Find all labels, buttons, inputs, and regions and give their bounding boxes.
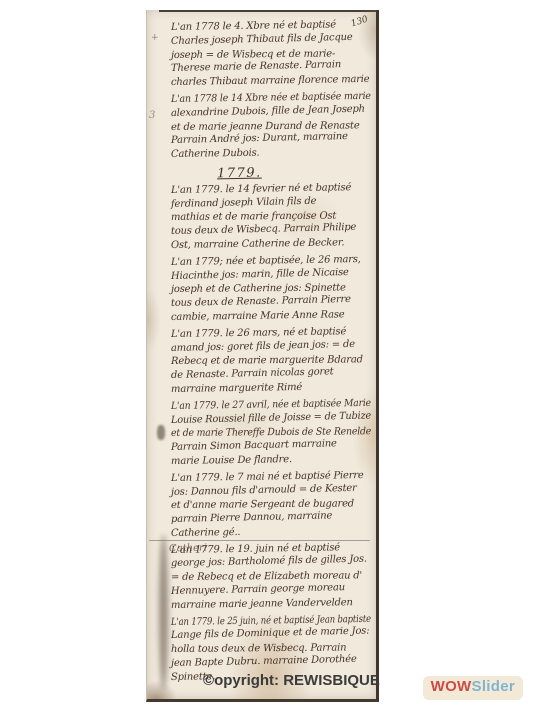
year-heading: 1779.: [217, 165, 371, 181]
manuscript-line: Ost, marraine Catherine de Becker.: [171, 236, 371, 253]
manuscript-line: marraine marguerite Rimé: [171, 380, 371, 397]
register-entry: L'an 1779; née et baptisée, le 26 mars,H…: [171, 256, 371, 325]
margin-mark-three: 3: [149, 110, 155, 121]
register-entry: L'an 1779. le 14 fevrier né et baptiséfe…: [171, 184, 371, 253]
manuscript-scan: 130 + 3 L'an 1778 le 4. Xbre né et bapti…: [146, 10, 379, 702]
watermark-wow-text: WOW: [431, 678, 472, 695]
copyright-text: opyright: REWISBIQUE: [214, 672, 380, 689]
register-entry: L'an 1779. le 19. juin né et baptiségeor…: [171, 544, 371, 613]
seam-ghost-text: Catheri: [169, 543, 207, 555]
register-entry: L'an 1778 le 4. Xbre né et baptiséCharle…: [171, 21, 371, 90]
scan-top-edge: [159, 10, 376, 12]
binding-shadow: [159, 535, 168, 690]
margin-mark-plus: +: [151, 33, 159, 43]
manuscript-text: L'an 1778 le 4. Xbre né et baptiséCharle…: [171, 21, 371, 688]
page: 130 + 3 L'an 1778 le 4. Xbre né et bapti…: [0, 0, 533, 711]
wowslider-watermark-badge[interactable]: WOWSlider: [423, 676, 523, 700]
manuscript-line: Lange fils de Dominique et de marie Jos:: [171, 625, 371, 643]
copyright-overlay: ©opyright: REWISBIQUE: [203, 672, 380, 689]
ink-blot: [157, 425, 165, 440]
manuscript-line: charles Thibaut marraine florence marie: [171, 73, 371, 90]
register-entry: L'an 1779. le 27 avril, née et baptisée …: [171, 400, 371, 469]
register-entry: L'an 1778 le 14 Xbre née et baptisée mar…: [171, 93, 371, 162]
manuscript-line: cambie, marraine Marie Anne Rase: [171, 308, 371, 325]
manuscript-line: Catherine gé..: [171, 524, 371, 541]
photo-seam-line: [149, 540, 370, 541]
register-entry: L'an 1779. le 26 mars, né et baptiséaman…: [171, 328, 371, 397]
watermark-slider-text: Slider: [472, 678, 515, 695]
register-entry: L'an 1779. le 7 mai né et baptisé Pierre…: [171, 472, 371, 541]
manuscript-line: marraine marie jeanne Vandervelden: [171, 596, 371, 613]
manuscript-line: marie Louise De flandre.: [171, 452, 371, 469]
copyright-icon: ©: [203, 672, 214, 689]
manuscript-line: Catherine Dubois.: [171, 145, 371, 162]
